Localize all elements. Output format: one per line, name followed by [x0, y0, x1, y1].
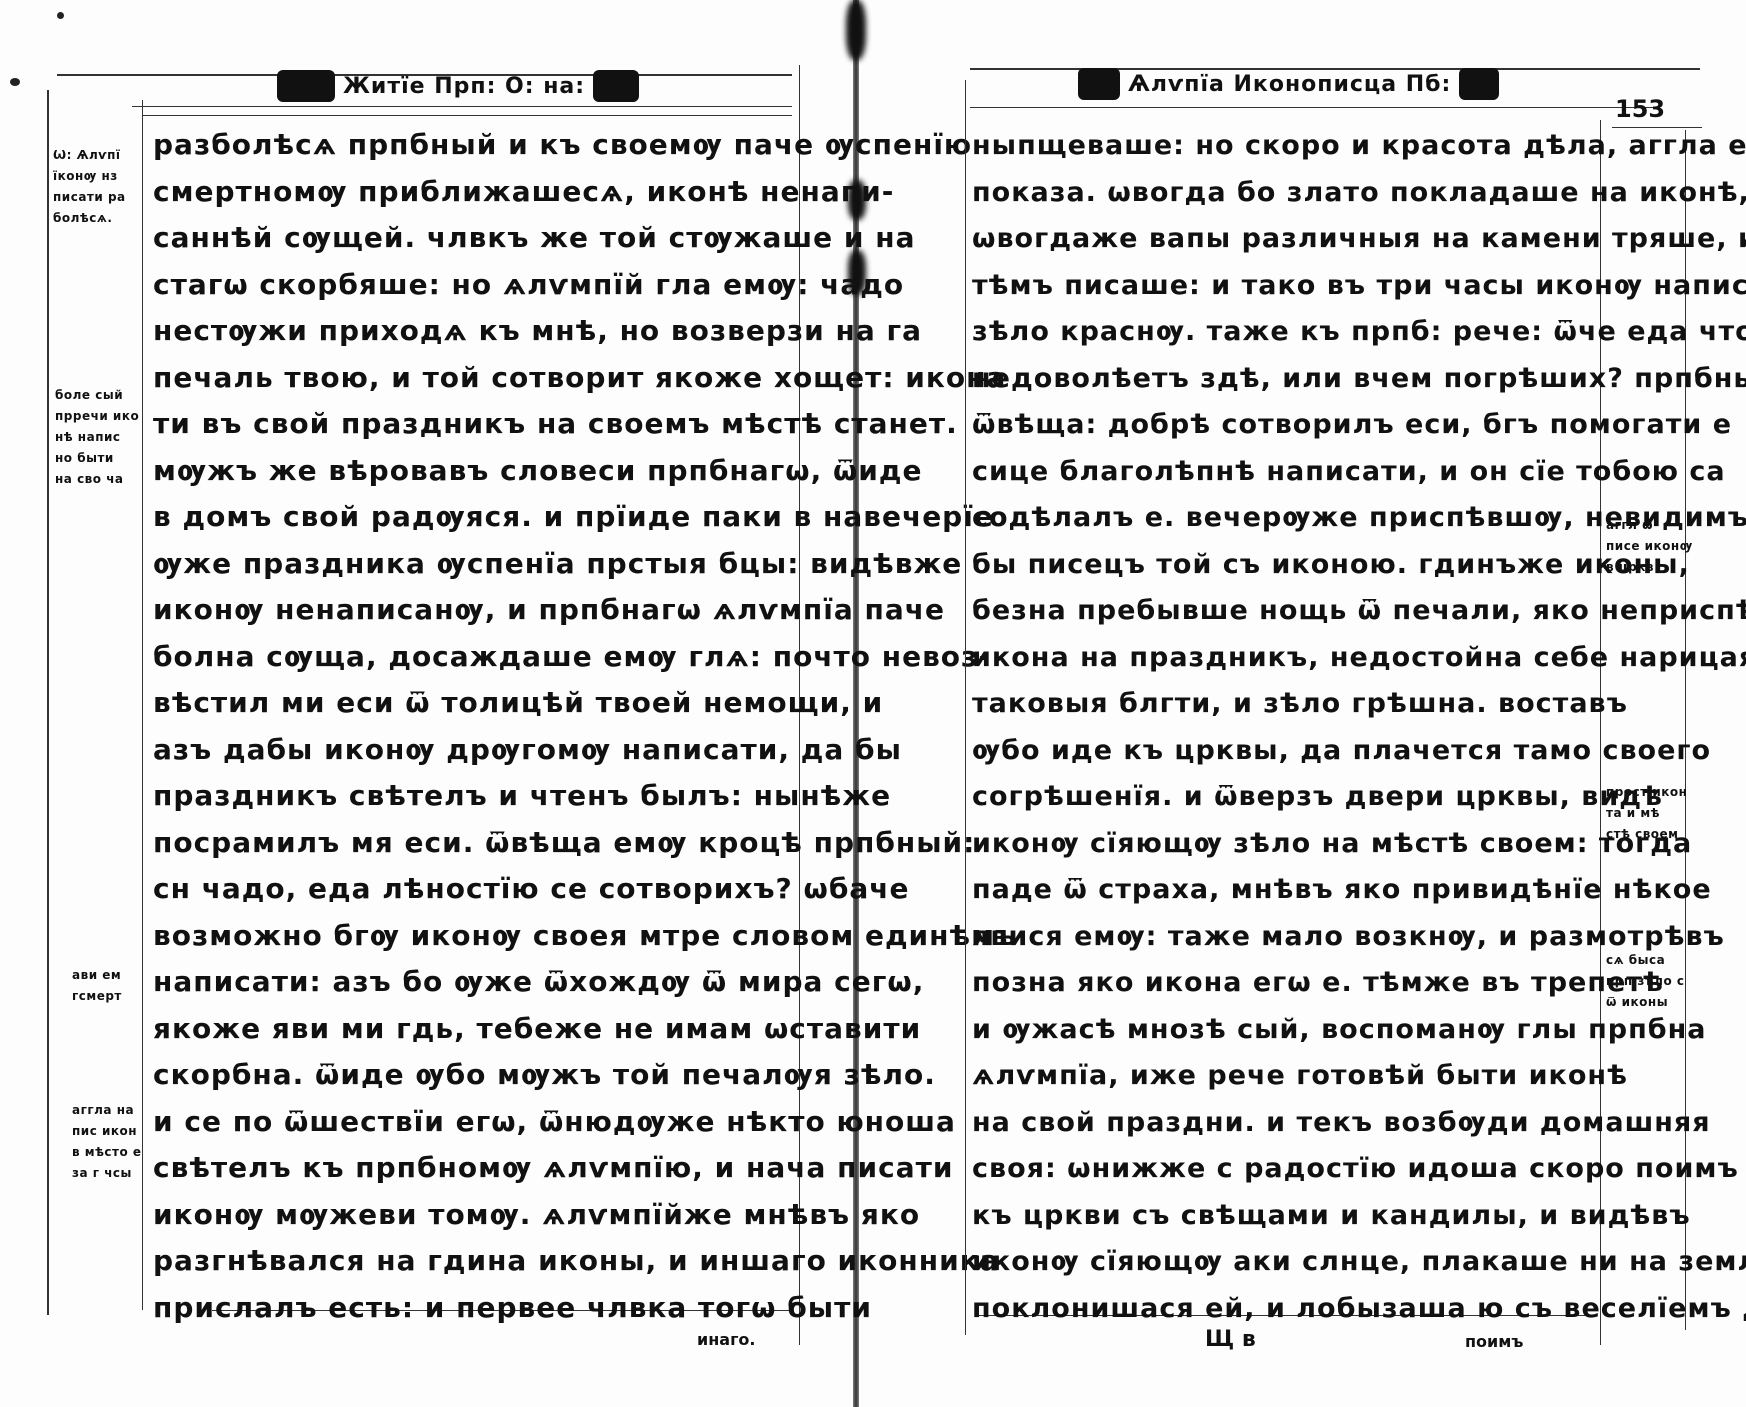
text-line: возможно бгѹ иконѹ своея мтре словом еди…: [153, 913, 1017, 960]
text-line: и ѹжасѣ мнозѣ сый, воспоманѹ глы прпбна: [972, 1007, 1746, 1054]
text-line: разболѣсѧ прпбный и къ своемѹ паче ѹспен…: [153, 122, 1017, 169]
text-line: ѿвѣща: добрѣ сотворилъ еси, бгъ помогати…: [972, 402, 1746, 449]
header-title: Ѧлѵпїа Иконописца Пб:: [1128, 72, 1451, 97]
text-line: явися емѹ: таже мало возкнѹ, и размотрѣв…: [972, 914, 1746, 961]
text-line: иконѹ ненаписанѹ, и прпбнагѡ ѧлѵмпїа пач…: [153, 587, 1017, 634]
margin-note: аггла на пис икон в мѣсто е за г чсы: [72, 1100, 142, 1184]
text-line: сн чадо, еда лѣностїю се сотворихъ? ѡбач…: [153, 866, 1017, 913]
margin-note: ави ем гсмерт: [72, 965, 122, 1007]
text-line: написати: азъ бо ѹже ѿхождѹ ѿ мира сегѡ,: [153, 959, 1017, 1006]
text-line: азъ дабы иконѹ дрѹгомѹ написати, да бы: [153, 727, 1017, 774]
text-line: иконѹ мѹжеви томѹ. ѧлѵмпїйже мнѣвъ яко: [153, 1192, 1017, 1239]
text-line: паде ѿ страха, мнѣвъ яко привидѣнїе нѣко…: [972, 867, 1746, 914]
text-line: показа. ѡвогда бо злато покладаше на ико…: [972, 170, 1746, 217]
text-top-rule: [142, 115, 792, 116]
folio-number: 153: [1615, 95, 1665, 123]
header-bottom-rule: [132, 106, 792, 107]
signature-mark: Щ в: [1205, 1327, 1256, 1352]
redaction-block: [593, 70, 639, 102]
left-page: Житїе Прп: О: на: Ѡ: Ѧлѵпї їконѹ нз писа…: [47, 60, 807, 1360]
text-line: якоже яви ми гдь, тебеже не имам ѡставит…: [153, 1006, 1017, 1053]
redaction-block: [277, 70, 335, 102]
outer-margin-rule: [47, 90, 49, 1315]
text-line: праздникъ свѣтелъ и чтенъ былъ: нынѣже: [153, 773, 1017, 820]
text-line: ѹже праздника ѹспенїа прстыя бцы: видѣвж…: [153, 541, 1017, 588]
text-line: скорбна. ѿиде ѹбо мѹжъ той печалѹя зѣло.: [153, 1052, 1017, 1099]
text-line: ти въ свой праздникъ на своемъ мѣстѣ ста…: [153, 401, 1017, 448]
text-line: иконѹ сїяющѹ аки слнце, плакаше ни на зе…: [972, 1239, 1746, 1286]
text-line: содѣлалъ е. вечерѹже приспѣвшѹ, невидимъ: [972, 495, 1746, 542]
text-line: таковыя блгти, и зѣло грѣшна. воставъ: [972, 681, 1746, 728]
text-line: своя: ѡнижже с радостїю идоша скоро поим…: [972, 1146, 1746, 1193]
text-line: прислалъ есть: и первее члвка тогѡ быти: [153, 1285, 1017, 1332]
text-line: икона на праздникъ, недостойна себе нари…: [972, 635, 1746, 682]
text-line: иконѹ сїяющѹ зѣло на мѣстѣ своем: тогда: [972, 821, 1746, 868]
running-header: Ѧлѵпїа Иконописца Пб:: [1078, 68, 1499, 100]
header-title: Житїе Прп: О: на:: [343, 74, 585, 99]
text-line: саннѣй сѹщей. члвкъ же той стѹжаше и на: [153, 215, 1017, 262]
text-line: зѣло краснѹ. таже къ прпб: рече: ѿче еда…: [972, 309, 1746, 356]
redaction-block: [1459, 68, 1499, 100]
text-line: тѣмъ писаше: и тако въ три часы иконѹ на…: [972, 263, 1746, 310]
text-line: ныпщеваше: но скоро и красота дѣла, аггл…: [972, 123, 1746, 170]
catchword: инаго.: [697, 1330, 756, 1349]
text-line: сице благолѣпнѣ написати, и он сїе тобою…: [972, 449, 1746, 496]
text-line: позна яко икона егѡ е. тѣмже въ трепетѣ: [972, 960, 1746, 1007]
text-line: и се по ѿшествїи егѡ, ѿнюдѹже нѣкто юнош…: [153, 1099, 1017, 1146]
text-line: вѣстил ми еси ѿ толицѣй твоей немощи, и: [153, 680, 1017, 727]
margin-note: Ѡ: Ѧлѵпї їконѹ нз писати ра болѣсѧ.: [53, 145, 126, 229]
ink-speck: [57, 12, 64, 19]
manuscript-spread: Житїе Прп: О: на: Ѡ: Ѧлѵпї їконѹ нз писа…: [0, 0, 1746, 1407]
redaction-block: [1078, 68, 1120, 100]
catchword: поимъ: [1465, 1332, 1523, 1351]
inner-margin-rule: [965, 80, 966, 1335]
ink-speck: [10, 78, 20, 86]
main-text-block: ныпщеваше: но скоро и красота дѣла, аггл…: [972, 123, 1746, 1332]
text-line: бы писецъ той съ иконою. гдинъже иконы,: [972, 542, 1746, 589]
text-line: безна пребывше нощь ѿ печали, яко неприс…: [972, 588, 1746, 635]
text-line: къ цркви съ свѣщами и кандилы, и видѣвъ: [972, 1193, 1746, 1240]
text-line: согрѣшенїя. и ѿверзъ двери црквы, видѣ: [972, 774, 1746, 821]
text-line: печаль твою, и той сотворит якоже хощет:…: [153, 355, 1017, 402]
text-line: стагѡ скорбяше: но ѧлѵмпїй гла емѹ: чадо: [153, 262, 1017, 309]
text-line: ѧлѵмпїа, иже рече готовѣй быти иконѣ: [972, 1053, 1746, 1100]
inner-margin-rule: [142, 100, 143, 1310]
running-header: Житїе Прп: О: на:: [277, 70, 639, 102]
spine-shadow: [846, 0, 866, 60]
margin-note: боле сый прречи ико нѣ напис но быти на …: [55, 385, 139, 490]
header-bottom-rule: [970, 107, 1660, 108]
text-line: разгнѣвался на гдина иконы, и иншаго ико…: [153, 1238, 1017, 1285]
text-line: на свой праздни. и текъ возбѹди домашняя: [972, 1100, 1746, 1147]
text-line: поклонишася ей, и лобызаша ю съ веселїем…: [972, 1286, 1746, 1333]
right-page: Ѧлѵпїа Иконописца Пб: 153 аггл ѿ писе ик…: [960, 60, 1710, 1360]
text-line: смертномѹ приближашесѧ, иконѣ ненапи-: [153, 169, 1017, 216]
text-line: в домъ свой радѹяся. и прїиде паки в нав…: [153, 494, 1017, 541]
main-text-block: разболѣсѧ прпбный и къ своемѹ паче ѹспен…: [153, 122, 1017, 1331]
text-line: недоволѣетъ здѣ, или вчем погрѣших? прпб…: [972, 356, 1746, 403]
text-line: ѡвогдаже вапы различныя на камени тряше,…: [972, 216, 1746, 263]
text-line: мѹжъ же вѣровавъ словеси прпбнагѡ, ѿиде: [153, 448, 1017, 495]
text-line: свѣтелъ къ прпбномѹ ѧлѵмпїю, и нача писа…: [153, 1145, 1017, 1192]
text-line: ѹбо иде къ црквы, да плачется тамо своег…: [972, 728, 1746, 775]
text-line: болна сѹща, досаждаше емѹ глѧ: почто нев…: [153, 634, 1017, 681]
text-line: нестѹжи приходѧ къ мнѣ, но возверзи на г…: [153, 308, 1017, 355]
text-line: посрамилъ мя еси. ѿвѣща емѹ кроцѣ прпбны…: [153, 820, 1017, 867]
